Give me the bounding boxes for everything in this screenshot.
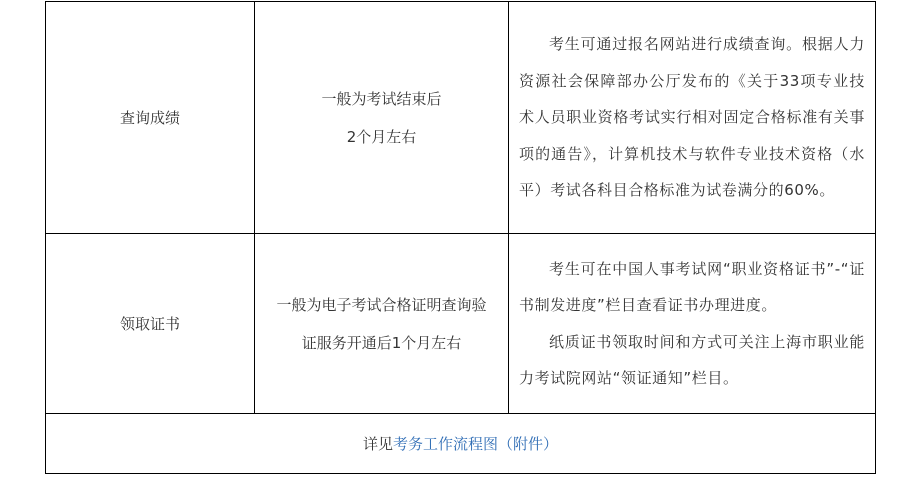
footer-cell: 详见考务工作流程图（附件） [46, 414, 876, 474]
table-row-footer: 详见考务工作流程图（附件） [46, 414, 876, 474]
description-paragraph: 考生可在中国人事考试网“职业资格证书”-“证书制发进度”栏目查看证书办理进度。 [519, 251, 865, 324]
description-paragraph: 纸质证书领取时间和方式可关注上海市职业能力考试院网站“领证通知”栏目。 [519, 324, 865, 397]
footer-prefix: 详见 [363, 435, 393, 453]
time-line: 一般为电子考试合格证明查询验 [255, 286, 508, 324]
table-row-certificate: 领取证书 一般为电子考试合格证明查询验 证服务开通后1个月左右 考生可在中国人事… [46, 234, 876, 414]
step-cell: 查询成绩 [46, 2, 255, 234]
step-label: 查询成绩 [120, 109, 180, 127]
time-cell: 一般为电子考试合格证明查询验 证服务开通后1个月左右 [255, 234, 509, 414]
workflow-chart-link[interactable]: 考务工作流程图（附件） [393, 435, 558, 453]
time-cell: 一般为考试结束后 2个月左右 [255, 2, 509, 234]
step-label: 领取证书 [120, 315, 180, 333]
description-cell: 考生可在中国人事考试网“职业资格证书”-“证书制发进度”栏目查看证书办理进度。 … [509, 234, 876, 414]
description-cell: 考生可通过报名网站进行成绩查询。根据人力资源社会保障部办公厅发布的《关于33项专… [509, 2, 876, 234]
step-cell: 领取证书 [46, 234, 255, 414]
exam-process-table: 查询成绩 一般为考试结束后 2个月左右 考生可通过报名网站进行成绩查询。根据人力… [45, 1, 876, 474]
description-paragraph: 考生可通过报名网站进行成绩查询。根据人力资源社会保障部办公厅发布的《关于33项专… [519, 26, 865, 209]
table-row-score-query: 查询成绩 一般为考试结束后 2个月左右 考生可通过报名网站进行成绩查询。根据人力… [46, 2, 876, 234]
time-line: 一般为考试结束后 [255, 80, 508, 118]
time-line: 2个月左右 [255, 118, 508, 156]
time-line: 证服务开通后1个月左右 [255, 324, 508, 362]
